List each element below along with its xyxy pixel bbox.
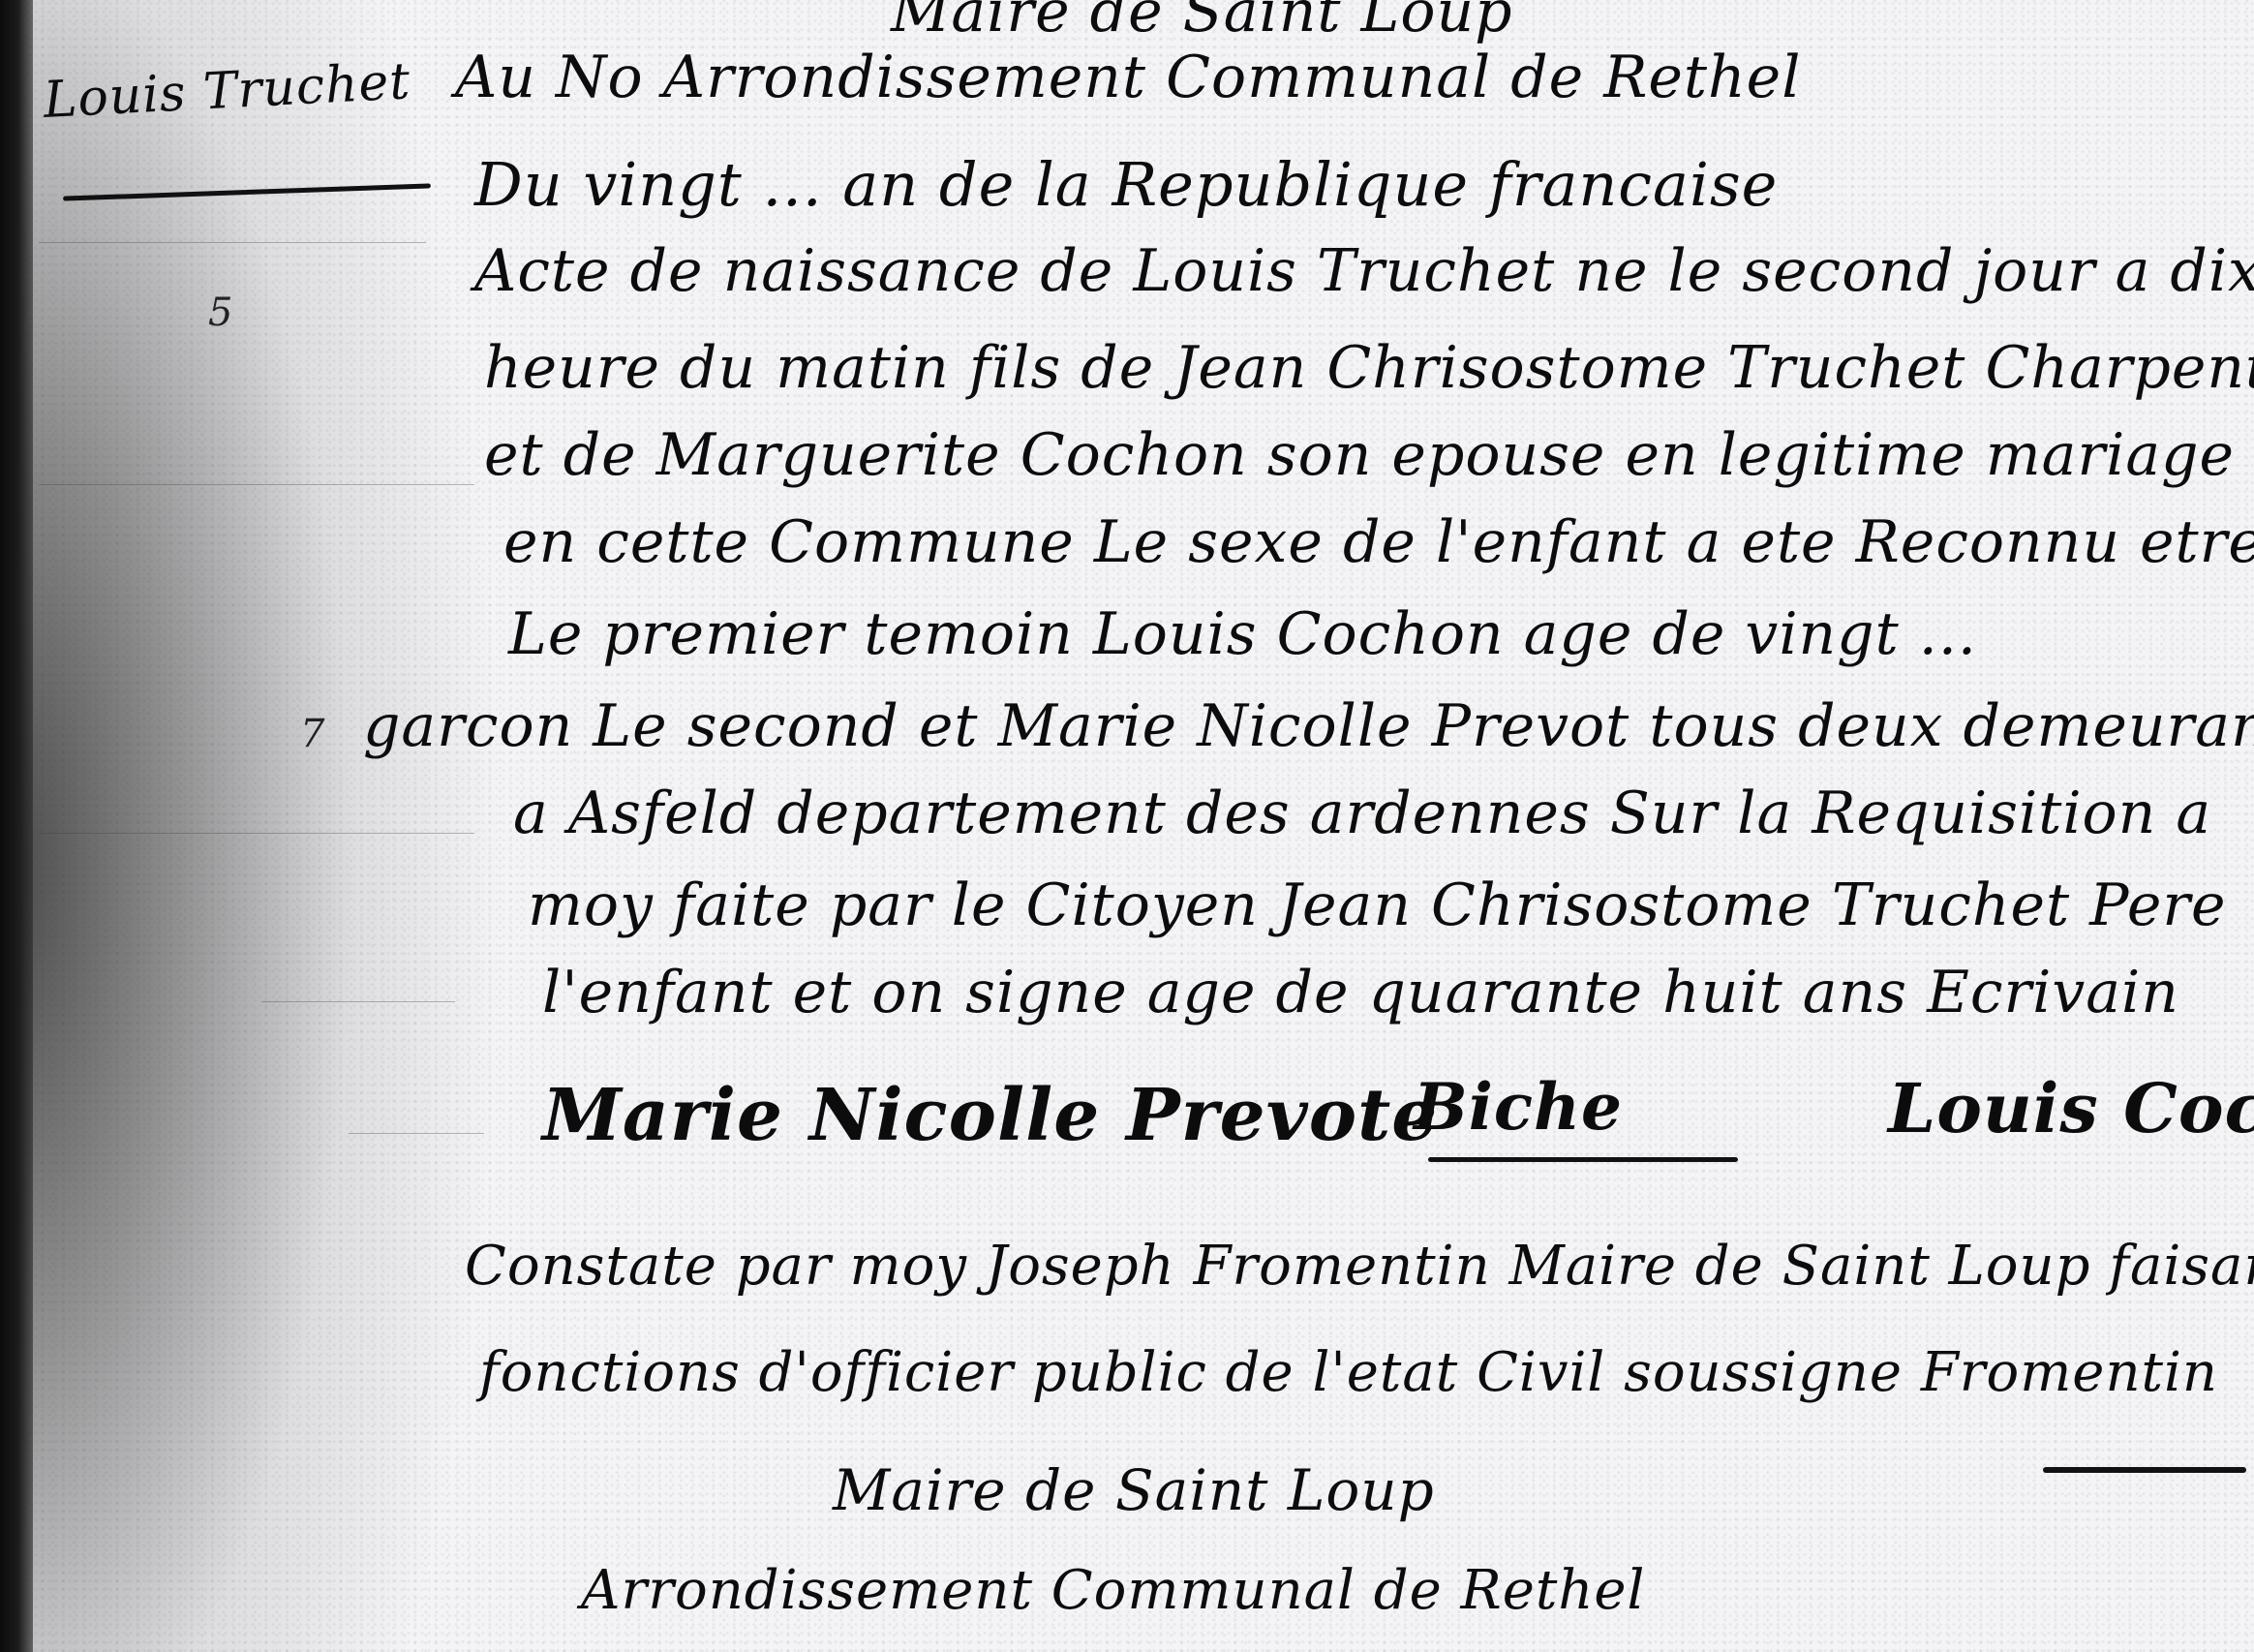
closing-line-3: Maire de Saint Loup xyxy=(833,1462,1435,1518)
margin-mark: 7 xyxy=(300,712,324,756)
body-line-2: Du vingt ... an de la Republique francai… xyxy=(474,155,1778,215)
margin-name: Louis Truchet xyxy=(43,56,412,126)
margin-mark: 5 xyxy=(208,291,232,335)
margin-underline xyxy=(63,183,431,200)
closing-line-1: Constate par moy Joseph Fromentin Maire … xyxy=(465,1239,2254,1294)
header-line: Maire de Saint Loup xyxy=(891,0,1513,41)
signature-flourish xyxy=(1428,1157,1738,1162)
ruled-line xyxy=(261,1001,455,1002)
binding-edge xyxy=(0,0,33,1652)
ruled-line xyxy=(349,1133,484,1134)
signature-biche: Biche xyxy=(1414,1075,1623,1139)
body-line-9: a Asfeld departement des ardennes Sur la… xyxy=(513,784,2211,842)
ruled-line xyxy=(39,833,474,834)
body-line-1: Au No Arrondissement Communal de Rethel xyxy=(455,48,1801,107)
document-page: Maire de Saint Loup Louis Truchet 5 7 Au… xyxy=(0,0,2254,1652)
body-line-10: moy faite par le Citoyen Jean Chrisostom… xyxy=(528,876,2227,934)
closing-line-4: Arrondissement Communal de Rethel xyxy=(581,1564,1645,1618)
ruled-line xyxy=(39,484,474,485)
closing-line-2: fonctions d'officier public de l'etat Ci… xyxy=(479,1346,2218,1400)
signature-cochon: Louis Cochon xyxy=(1888,1075,2254,1143)
body-line-11: l'enfant et on signe age de quarante hui… xyxy=(542,964,2179,1022)
body-line-4: heure du matin fils de Jean Chrisostome … xyxy=(484,339,2254,397)
body-line-7: Le premier temoin Louis Cochon age de vi… xyxy=(508,605,1977,663)
body-line-5: et de Marguerite Cochon son epouse en le… xyxy=(484,426,2235,484)
body-line-6: en cette Commune Le sexe de l'enfant a e… xyxy=(503,513,2254,571)
body-line-3: Acte de naissance de Louis Truchet ne le… xyxy=(474,242,2254,300)
ruled-line xyxy=(39,242,426,243)
mayor-flourish xyxy=(2043,1467,2246,1473)
body-line-8: garcon Le second et Marie Nicolle Prevot… xyxy=(363,697,2254,755)
signature-prevote: Marie Nicolle Prevote xyxy=(542,1080,1438,1151)
